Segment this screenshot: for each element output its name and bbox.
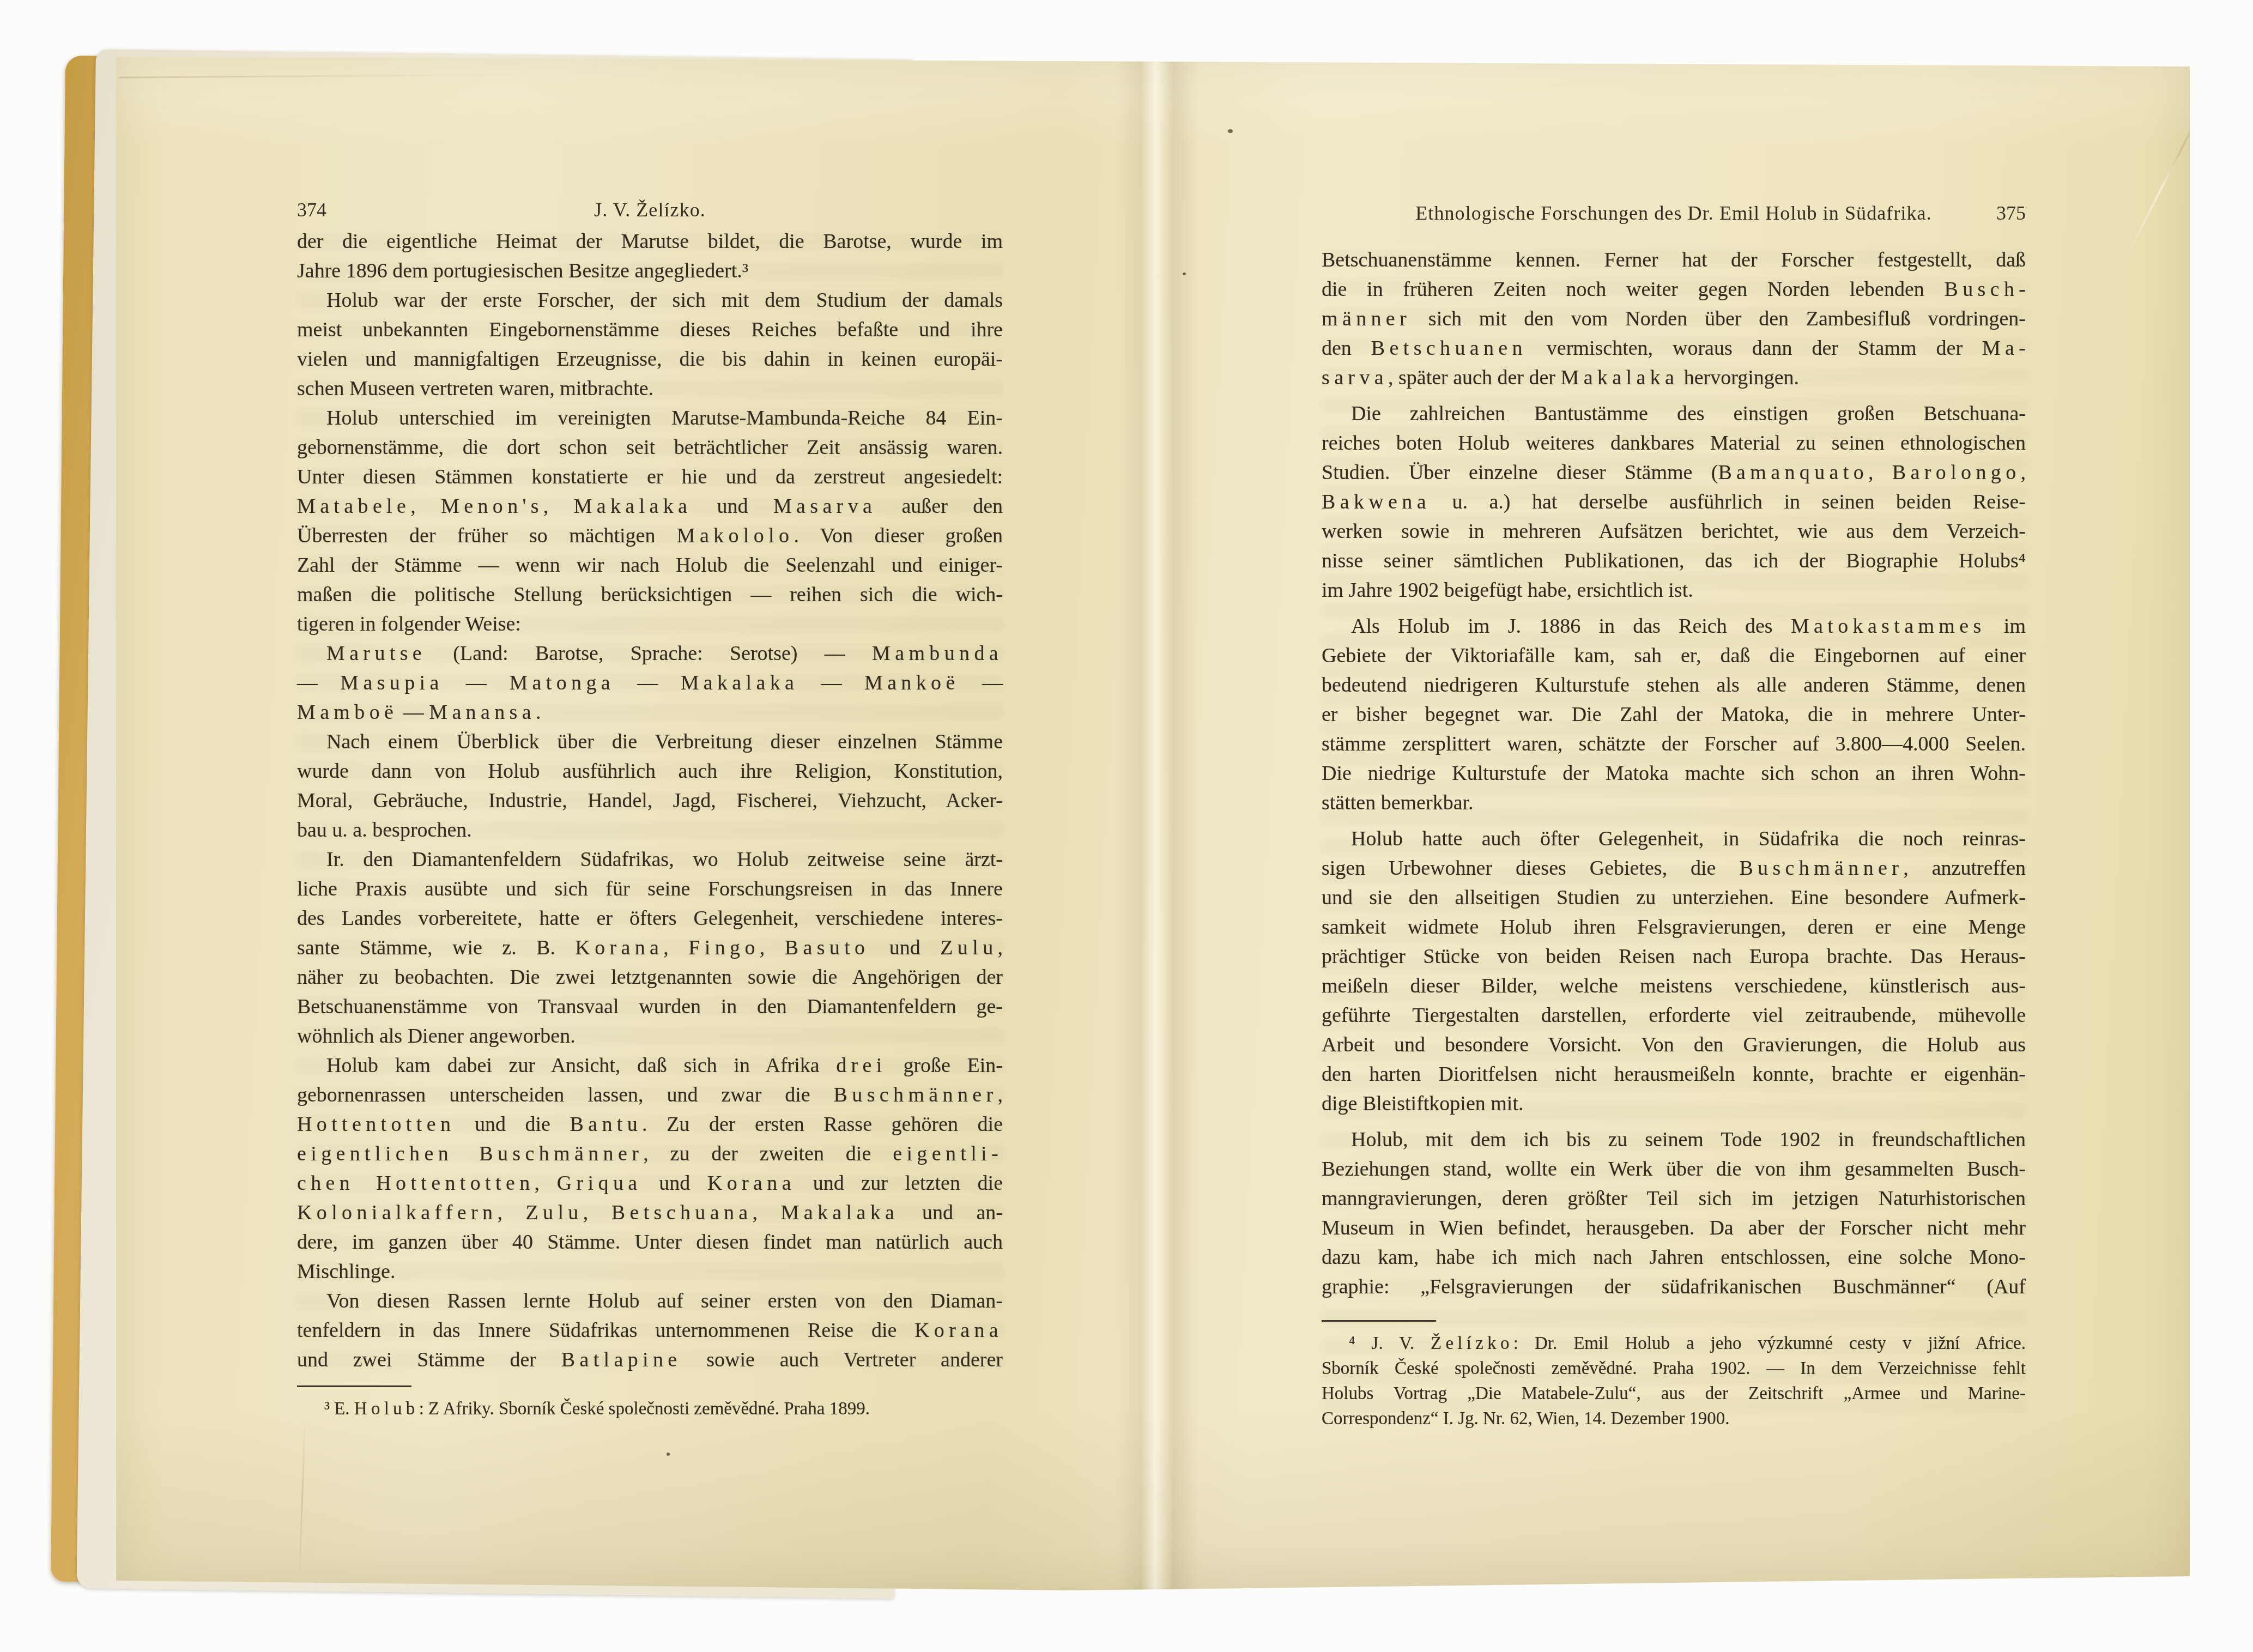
text-line: samkeit widmete Holub ihren Felsgravieru… [1322,912,2026,942]
letterspaced-text: Griqua [557,1172,642,1195]
letterspaced-text: Masarva [773,495,876,518]
letterspaced-text: Korana [707,1172,796,1195]
letterspaced-text: Basuto [785,936,870,959]
text-line: Zahl der Stämme — wenn wir nach Holub di… [297,550,1003,580]
right-page-header: Ethnologische Forschungen des Dr. Emil H… [1322,201,2026,226]
paragraph: Von diesen Rassen lernte Holub auf seine… [297,1286,1003,1375]
letterspaced-text: Bantu [570,1113,642,1136]
text-line: ³ E. Holub: Z Afriky. Sborník České spol… [297,1396,1003,1421]
letterspaced-text: Marutse [326,642,426,665]
paragraph: Als Holub im J. 1886 in das Reich des Ma… [1322,612,2026,818]
text-line: Jahre 1896 dem portugiesischen Besitze a… [297,256,1003,286]
text-line: Studien. Über einzelne dieser Stämme (Ba… [1322,458,2026,487]
letterspaced-text: Bakwena [1322,491,1431,513]
paragraph: Betschuanenstämme kennen. Ferner hat der… [1322,245,2026,392]
text-line: Holub hatte auch öfter Gelegenheit, in S… [1322,824,2026,854]
letterspaced-text: Mamboë [297,701,398,724]
paragraph: Holub hatte auch öfter Gelegenheit, in S… [1322,824,2026,1118]
letterspaced-text: Holub [354,1399,419,1419]
text-line: Von diesen Rassen lernte Holub auf seine… [297,1286,1003,1316]
text-line: des Landes vorbereitete, hatte er öfters… [297,904,1003,933]
text-line: Betschuanenstämme von Transvaal wurden i… [297,992,1003,1021]
letterspaced-text: Buschmänner [834,1084,998,1106]
text-line: bau u. a. besprochen. [297,815,1003,845]
letterspaced-text: Busch [1945,278,2019,301]
paragraph: Die zahlreichen Bantustämme des einstige… [1322,399,2026,605]
paper-speck [667,1453,670,1456]
text-line: im Jahre 1902 beigefügt habe, ersichtlic… [1322,576,2026,605]
letterspaced-text: Menon's [441,495,543,518]
center-fold [1116,55,1198,1592]
text-line: Kolonialkaffern, Zulu, Betschuana, Makal… [297,1198,1003,1227]
letterspaced-text: Kolonialkaffern [297,1201,497,1224]
paragraph: Holub, mit dem ich bis zu seinem Tode 19… [1322,1125,2026,1302]
letterspaced-text: Betschuanen [1371,337,1527,360]
text-line: geführte Tiergestalten darstellen, erfor… [1322,1001,2026,1030]
letterspaced-text: Matonga [509,671,615,694]
text-line: bedeutend niedrigeren Kulturstufe stehen… [1322,670,2026,700]
text-line: gebornenstämme, die dort schon seit betr… [297,433,1003,462]
text-line: stämme zersplittert waren, schätzte der … [1322,729,2026,759]
text-line: Die zahlreichen Bantustämme des einstige… [1322,399,2026,428]
paragraph: Nach einem Überblick über die Verbreitun… [297,727,1003,845]
text-line: Holub unterschied im vereinigten Marutse… [297,403,1003,433]
text-line: die in früheren Zeiten noch weiter gegen… [1322,275,2026,304]
letterspaced-text: Matokastammes [1791,615,1986,638]
text-line: Holub kam dabei zur Ansicht, daß sich in… [297,1051,1003,1080]
text-line: liche Praxis ausübte und sich für seine … [297,874,1003,904]
text-line: und sie den allseitigen Studien zu unter… [1322,883,2026,912]
letterspaced-text: Mankoë [864,671,960,694]
letterspaced-text: Batlapine [561,1348,682,1371]
text-line: der die eigentliche Heimat der Marutse b… [297,227,1003,256]
right-footnote-rule [1322,1320,1436,1322]
paragraph: Holub kam dabei zur Ansicht, daß sich in… [297,1051,1003,1286]
letterspaced-text: Ma [1982,337,2019,360]
right-page-number: 375 [1996,201,2026,226]
text-line: werken sowie in mehreren Aufsätzen beric… [1322,517,2026,546]
letterspaced-text: eigentli- [893,1142,1003,1165]
paragraph: Holub war der erste Forscher, der sich m… [297,286,1003,403]
letterspaced-text: Želízko [1431,1334,1513,1353]
paragraph: Marutse (Land: Barotse, Sprache: Serotse… [297,639,1003,727]
text-line: Die niedrige Kulturstufe der Matoka mach… [1322,759,2026,788]
text-line: Moral, Gebräuche, Industrie, Handel, Jag… [297,786,1003,815]
text-line: sarva, später auch der der Makalaka herv… [1322,363,2026,392]
scanned-book-spread: { "colors":{ "paper":"#ece3bc", "paper_l… [0,0,2253,1652]
text-line: Correspondenz“ I. Jg. Nr. 62, Wien, 14. … [1322,1406,2026,1431]
paper-crease [119,74,534,78]
left-page-header: 374 J. V. Želízko. [297,197,1003,222]
paper-crease [2124,80,2218,260]
text-line: Hottentotten und die Bantu. Zu der erste… [297,1110,1003,1139]
text-line: manngravierungen, deren größter Teil sic… [1322,1184,2026,1213]
letterspaced-text: Barolongo [1892,461,2021,484]
text-line: stätten bemerkbar. [1322,788,2026,818]
text-line: Holubs Vortrag „Die Matabele-Zulu“, aus … [1322,1381,2026,1406]
text-line: tenfeldern in das Innere Südafrikas unte… [297,1316,1003,1345]
right-running-head: Ethnologische Forschungen des Dr. Emil H… [1322,201,2026,226]
text-line: dere, im ganzen über 40 Stämme. Unter di… [297,1227,1003,1257]
text-line: und zwei Stämme der Batlapine sowie auch… [297,1345,1003,1375]
paragraph: der die eigentliche Heimat der Marutse b… [297,227,1003,286]
text-line: wurde dann von Holub ausführlich auch ih… [297,757,1003,786]
text-line: Beziehungen stand, wollte ein Werk über … [1322,1154,2026,1184]
text-line: Marutse (Land: Barotse, Sprache: Serotse… [297,639,1003,668]
text-line: chen Hottentotten, Griqua und Korana und… [297,1169,1003,1198]
text-line: Holub, mit dem ich bis zu seinem Tode 19… [1322,1125,2026,1154]
left-page-number: 374 [297,197,326,222]
text-line: Ir. den Diamantenfeldern Südafrikas, wo … [297,845,1003,874]
text-line: — Masupia — Matonga — Makalaka — Mankoë … [297,668,1003,698]
text-line: Museum in Wien befindet, herausgeben. Da… [1322,1213,2026,1243]
text-line: er bisher begegnet war. Die Zahl der Mat… [1322,700,2026,729]
right-page-body: Betschuanenstämme kennen. Ferner hat der… [1322,245,2026,1302]
letterspaced-text: Makalaka [681,671,799,694]
letterspaced-text: Makalaka [574,495,692,518]
text-line: gebornenrassen unterscheiden lassen, und… [297,1080,1003,1110]
text-line: sigen Urbewohner dieses Gebietes, die Bu… [1322,854,2026,883]
letterspaced-text: eigentlichen Buschmänner [297,1142,643,1165]
text-line: näher zu beobachten. Die zwei letztgenan… [297,963,1003,992]
letterspaced-text: Fingo [688,936,760,959]
text-line: meißeln dieser Bilder, welche meistens v… [1322,971,2026,1001]
letterspaced-text: Zulu [525,1201,583,1224]
text-line: tigeren in folgender Weise: [297,609,1003,639]
right-footnote: ⁴ J. V. Želízko: Dr. Emil Holub a jeho v… [1322,1331,2026,1431]
text-line: maßen die politische Stellung berücksich… [297,580,1003,609]
letterspaced-text: Masupia [340,671,443,694]
letterspaced-text: Korana [914,1319,1003,1342]
letterspaced-text: männer [1322,307,1411,330]
letterspaced-text: Mambunda [872,642,1003,665]
text-line: dazu kam, habe ich mich nach Jahren ents… [1322,1243,2026,1272]
letterspaced-text: Makololo [677,524,794,547]
text-line: ⁴ J. V. Želízko: Dr. Emil Holub a jeho v… [1322,1331,2026,1356]
left-footnote: ³ E. Holub: Z Afriky. Sborník České spol… [297,1396,1003,1421]
letterspaced-text: drei [836,1054,887,1077]
text-line: reiches boten Holub weiteres dankbares M… [1322,428,2026,458]
letterspaced-text: Hottentotten [297,1113,455,1136]
letterspaced-text: Buschmänner [1739,857,1903,880]
paper-speck [1228,129,1233,133]
text-line: nisse seiner sämtlichen Publikationen, d… [1322,546,2026,576]
text-line: Überresten der früher so mächtigen Makol… [297,521,1003,550]
text-line: Arbeit und besondere Vorsicht. Von den G… [1322,1030,2026,1060]
text-line: Unter diesen Stämmen konstatierte er hie… [297,462,1003,492]
letterspaced-text: Makalaka [1561,366,1679,389]
text-line: Betschuanenstämme kennen. Ferner hat der… [1322,245,2026,275]
text-line: prächtiger Stücke von beiden Reisen nach… [1322,942,2026,971]
text-line: eigentlichen Buschmänner, zu der zweiten… [297,1139,1003,1169]
text-line: Bakwena u. a.) hat derselbe ausführlich … [1322,487,2026,517]
paragraph: Holub unterschied im vereinigten Marutse… [297,403,1003,639]
text-line: sante Stämme, wie z. B. Korana, Fingo, B… [297,933,1003,963]
text-line: Holub war der erste Forscher, der sich m… [297,286,1003,315]
text-line: dige Bleistiftkopien mit. [1322,1089,2026,1118]
paragraph: Ir. den Diamantenfeldern Südafrikas, wo … [297,845,1003,1051]
text-line: wöhnlich als Diener angeworben. [297,1021,1003,1051]
text-line: Sborník České společnosti zeměvědné. Pra… [1322,1356,2026,1381]
letterspaced-text: Manansa [429,701,536,724]
letterspaced-text: Korana [575,936,663,959]
text-line: schen Museen vertreten waren, mitbrachte… [297,374,1003,403]
letterspaced-text: Makalaka [781,1201,899,1224]
text-line: männer sich mit den vom Norden über den … [1322,304,2026,334]
letterspaced-text: chen Hottentotten [297,1172,535,1195]
left-footnote-rule [297,1385,411,1387]
text-line: meist unbekannten Eingebornenstämme dies… [297,315,1003,344]
left-page-body: der die eigentliche Heimat der Marutse b… [297,227,1003,1375]
text-line: Gebiete der Viktoriafälle kam, sah er, d… [1322,641,2026,670]
left-running-head: J. V. Želízko. [297,197,1003,222]
open-book-spread: 374 J. V. Želízko. der die eigentliche H… [116,55,2190,1592]
text-line: vielen und mannigfaltigen Erzeugnisse, d… [297,344,1003,374]
letterspaced-text: Matabele [297,495,410,518]
paper-crease [299,1417,306,1581]
text-line: Nach einem Überblick über die Verbreitun… [297,727,1003,757]
text-line: Mischlinge. [297,1257,1003,1286]
letterspaced-text: Bamanquato [1718,461,1868,484]
text-line: Matabele, Menon's, Makalaka und Masarva … [297,492,1003,521]
text-line: Als Holub im J. 1886 in das Reich des Ma… [1322,612,2026,641]
text-line: graphie: „Felsgravierungen der südafrika… [1322,1272,2026,1302]
letterspaced-text: sarva [1322,366,1388,389]
paper-speck [1183,273,1186,275]
letterspaced-text: Zulu [940,936,997,959]
text-line: den Betschuanen vermischten, woraus dann… [1322,334,2026,363]
letterspaced-text: Betschuana [611,1201,753,1224]
text-line: den harten Dioritfelsen nicht herausmeiß… [1322,1060,2026,1089]
text-line: Mamboë — Manansa. [297,698,1003,727]
